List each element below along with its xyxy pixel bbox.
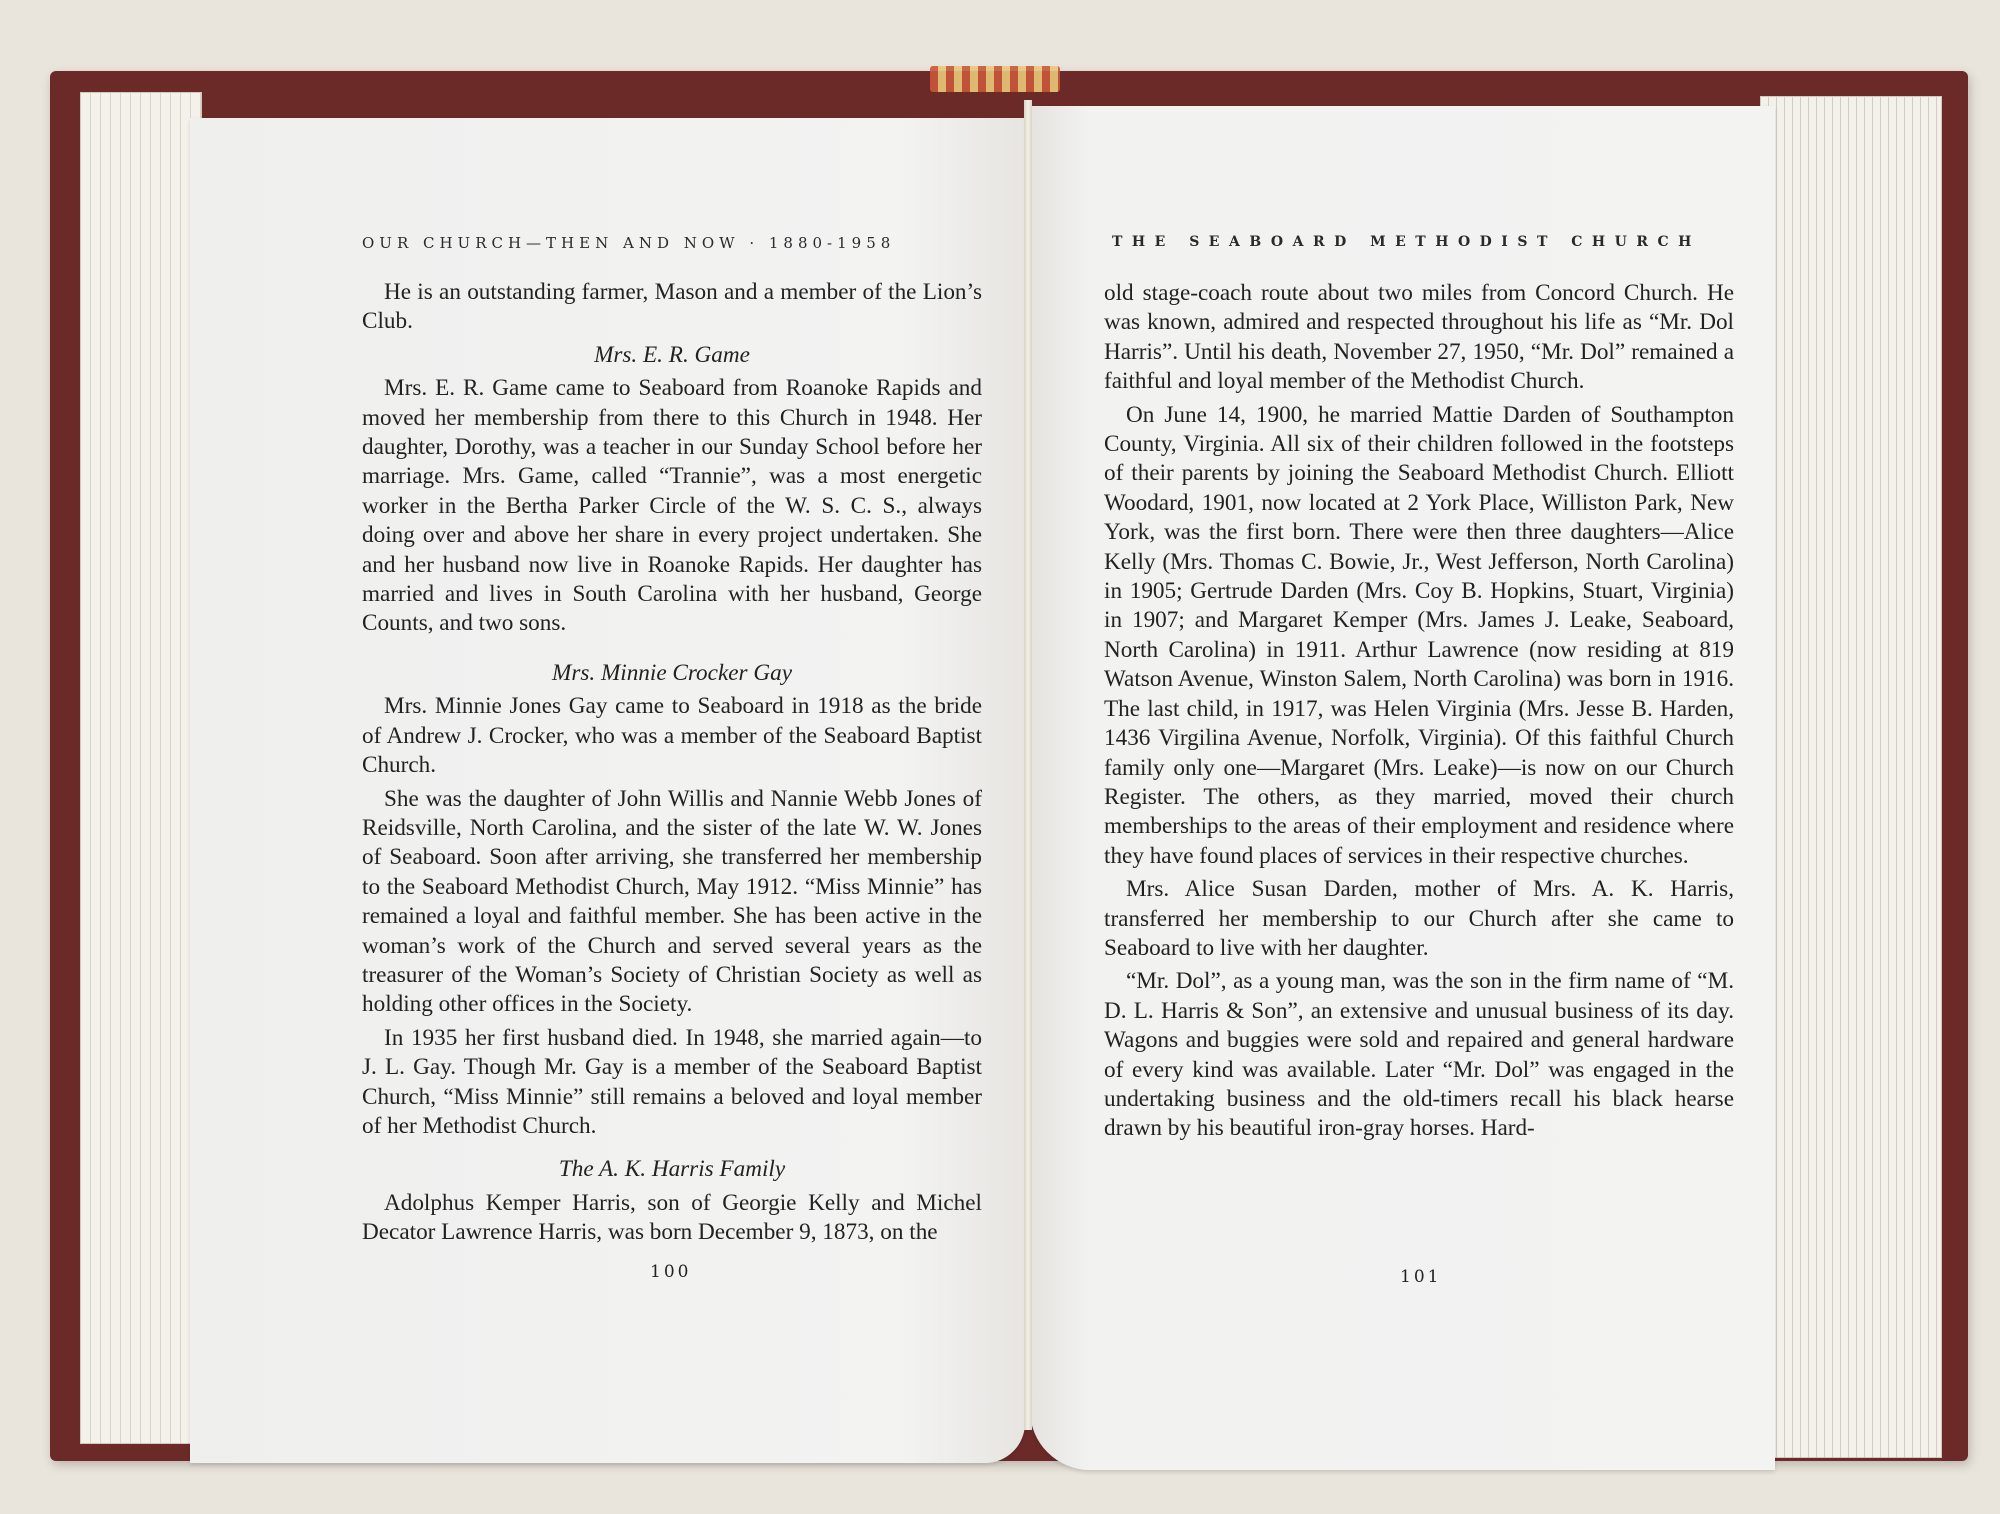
- section-heading: Mrs. Minnie Crocker Gay: [362, 659, 982, 688]
- right-running-head: THE SEABOARD METHODIST CHURCH: [1112, 234, 1701, 250]
- paragraph: On June 14, 1900, he married Mattie Dard…: [1104, 401, 1734, 872]
- paragraph: Mrs. E. R. Game came to Seaboard from Ro…: [362, 374, 982, 639]
- right-page-text: old stage-coach route about two miles fr…: [1104, 279, 1734, 1148]
- paragraph: She was the daughter of John Willis and …: [362, 785, 982, 1020]
- paragraph: He is an outstanding farmer, Mason and a…: [362, 278, 982, 337]
- paragraph: old stage-coach route about two miles fr…: [1104, 279, 1734, 397]
- left-running-head: OUR CHURCH—THEN AND NOW · 1880-1958: [362, 234, 895, 252]
- paragraph: In 1935 her first husband died. In 1948,…: [362, 1024, 982, 1142]
- left-page-text: He is an outstanding farmer, Mason and a…: [362, 278, 982, 1252]
- left-page-edges: [80, 92, 202, 1444]
- section-heading: Mrs. E. R. Game: [362, 341, 982, 370]
- paragraph: Mrs. Alice Susan Darden, mother of Mrs. …: [1104, 875, 1734, 963]
- right-page-number: 101: [1400, 1267, 1441, 1287]
- paragraph: Mrs. Minnie Jones Gay came to Seaboard i…: [362, 692, 982, 780]
- left-page-number: 100: [650, 1262, 691, 1282]
- section-heading: The A. K. Harris Family: [362, 1155, 982, 1184]
- paragraph: Adolphus Kemper Harris, son of Georgie K…: [362, 1189, 982, 1248]
- headband: [930, 66, 1060, 92]
- paragraph: “Mr. Dol”, as a young man, was the son i…: [1104, 967, 1734, 1143]
- book-gutter: [1024, 100, 1032, 1430]
- right-page-edges: [1760, 96, 1942, 1458]
